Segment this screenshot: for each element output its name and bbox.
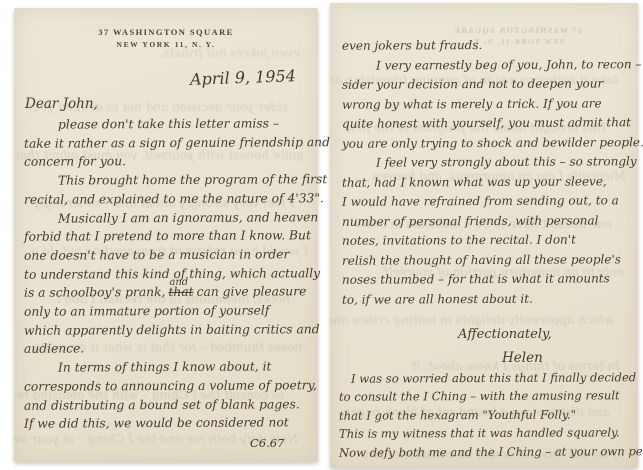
letter-line: This brought home the program of the fir…: [24, 170, 313, 190]
ghost-letterhead-address: 37 WASHINGTON SQUARE: [453, 26, 582, 35]
postscript-line: This is my witness that it was handled s…: [339, 423, 634, 443]
letter-line: audience.: [24, 339, 313, 359]
letterhead-address: 37 WASHINGTON SQUARE: [14, 27, 318, 37]
correction-after: can give pleasure: [197, 285, 307, 300]
correction-group: andthat: [168, 283, 193, 302]
letter-line: and distributing a bound set of blank pa…: [24, 395, 313, 415]
letter-line: even jokers but frauds.: [342, 35, 633, 56]
letter-line-with-correction: is a schoolboy's prank,andthatcan give p…: [24, 283, 313, 303]
ghost-line: which apparently delights in baiting cri…: [330, 313, 614, 327]
letter-line: I feel very strongly about this – so str…: [342, 152, 633, 173]
letter-line: forbid that I pretend to more than I kno…: [24, 226, 313, 246]
letter-line: In terms of things I know about, it: [24, 357, 313, 377]
postscript-line: to consult the I Ching – with the amusin…: [339, 387, 634, 407]
letter-body-page2: even jokers but frauds. I very earnestly…: [342, 36, 633, 309]
letter-line: noses thumbed – for that is what it amou…: [342, 269, 633, 290]
salutation: Dear John,: [25, 96, 98, 112]
postscript-line: Now defy both me and the I Ching – at yo…: [339, 442, 634, 462]
letter-line: corresponds to announcing a volume of po…: [24, 376, 313, 396]
catalog-mark: C6.67: [250, 436, 284, 450]
letter-line: I would have refrained from sending out,…: [342, 191, 633, 212]
postscript-line: that I got the hexagram "Youthful Folly.…: [339, 405, 634, 425]
letter-line: one doesn't have to be a musician in ord…: [24, 245, 313, 265]
letter-line: relish the thought of having all these p…: [342, 250, 633, 271]
letter-line: which apparently delights in baiting cri…: [24, 320, 313, 340]
letterhead-city: NEW YORK 11, N. Y.: [14, 40, 318, 49]
postscript: I was so worried about this that I final…: [339, 369, 634, 461]
inserted-word: and: [169, 274, 188, 293]
letter-line: sider your decision and not to deepen yo…: [342, 74, 633, 95]
letter-line: number of personal friends, with persona…: [342, 211, 633, 232]
letter-line: notes, invitations to the recital. I don…: [342, 230, 633, 251]
correction-before: is a schoolboy's prank,: [24, 285, 166, 300]
letter-line: that, had I known what was up your sleev…: [342, 172, 633, 193]
signature: Helen: [502, 350, 543, 366]
letter-line: concern for you.: [24, 152, 313, 172]
letter-page-2: 37 WASHINGTON SQUARE NEW YORK 11, N. Y. …: [330, 3, 638, 468]
letterhead: 37 WASHINGTON SQUARE NEW YORK 11, N. Y.: [14, 27, 318, 49]
letter-date: April 9, 1954: [190, 66, 296, 89]
letter-line: recital, and explained to me the nature …: [24, 189, 313, 209]
postscript-line: I was so worried about this that I final…: [339, 368, 634, 388]
letter-line: you are only trying to shock and bewilde…: [342, 133, 633, 154]
letter-page-1: even jokers but frauds. sider your decis…: [14, 8, 318, 462]
letter-line: If we did this, we would be considered n…: [24, 413, 313, 433]
letter-line: to, if we are all honest about it.: [342, 289, 633, 310]
letter-line: quite honest with yourself, you must adm…: [342, 113, 633, 134]
letter-line: only to an immature portion of yourself: [24, 301, 313, 321]
letter-line: please don't take this letter amiss –: [24, 114, 313, 134]
letter-line: take it rather as a sign of genuine frie…: [24, 133, 313, 153]
letter-scan: even jokers but frauds. sider your decis…: [0, 0, 643, 470]
letter-line: Musically I am an ignoramus, and heaven: [24, 208, 313, 228]
letter-line: wrong by what is merely a trick. If you …: [342, 94, 633, 115]
closing: Affectionately,: [458, 327, 552, 342]
letter-body-page1: please don't take this letter amiss – ta…: [24, 115, 313, 433]
letter-line: I very earnestly beg of you, John, to re…: [342, 55, 633, 76]
